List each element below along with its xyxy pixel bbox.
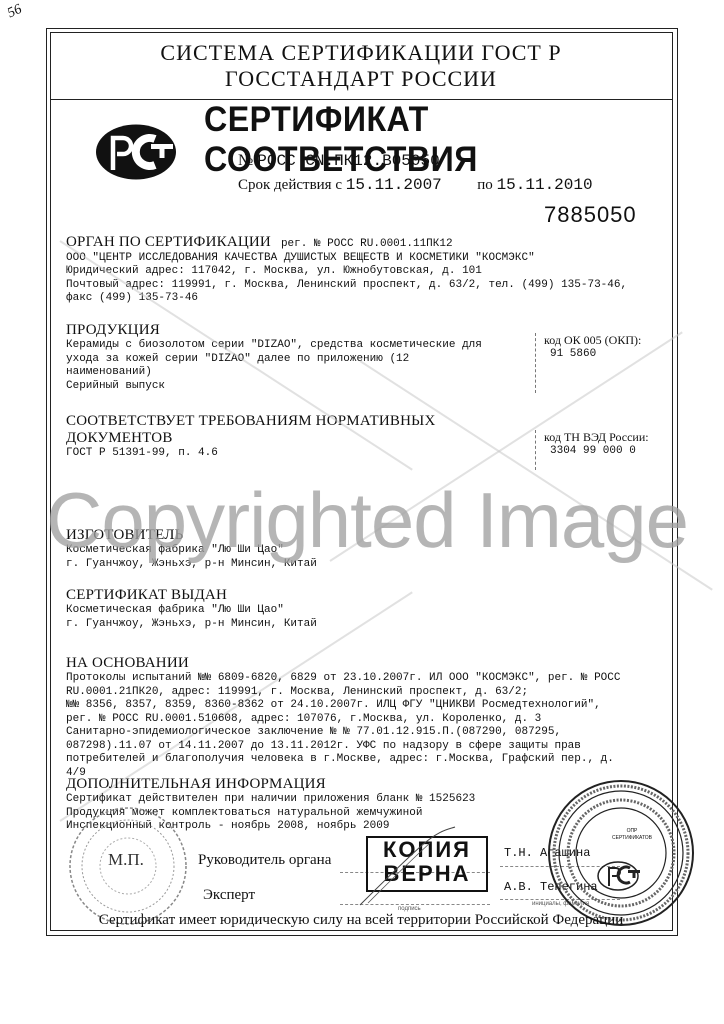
- issued-to-heading: СЕРТИФИКАТ ВЫДАН: [66, 587, 536, 604]
- certification-body-line: ООО "ЦЕНТР ИССЛЕДОВАНИЯ КАЧЕСТВА ДУШИСТЫ…: [66, 252, 671, 266]
- basis-line: Протоколы испытаний №№ 6809-6820, 6829 о…: [66, 672, 671, 686]
- seal-label: М.П.: [108, 850, 144, 870]
- conformity-standard: ГОСТ Р 51391-99, п. 4.6: [66, 447, 536, 461]
- certification-body-heading: ОРГАН ПО СЕРТИФИКАЦИИ: [66, 234, 271, 250]
- basis-line: №№ 8356, 8357, 8359, 8360-8362 от 24.10.…: [66, 699, 671, 713]
- issued-to-section: СЕРТИФИКАТ ВЫДАН Косметическая фабрика "…: [66, 587, 536, 631]
- issued-to-line: Косметическая фабрика "Лю Ши Цао": [66, 604, 536, 618]
- copyright-watermark: Copyrighted Image: [46, 475, 688, 566]
- okp-code-value: 91 5860: [544, 348, 641, 360]
- system-title-line1: СИСТЕМА СЕРТИФИКАЦИИ ГОСТ Р: [50, 40, 672, 66]
- basis-line: Санитарно-эпидемиологическое заключение …: [66, 726, 671, 740]
- product-line: Керамиды с биозолотом серии "DIZAO", сре…: [66, 339, 526, 353]
- certification-body-section: ОРГАН ПО СЕРТИФИКАЦИИ рег. № РОСС RU.000…: [66, 233, 671, 306]
- head-of-body-label: Руководитель органа: [198, 852, 331, 869]
- blank-number: 7885050: [544, 202, 637, 228]
- valid-to-date: 15.11.2010: [497, 176, 593, 194]
- tnved-code-label: код ТН ВЭД России:: [544, 430, 649, 445]
- basis-line: 087298).11.07 от 14.11.2007 до 13.11.201…: [66, 740, 671, 754]
- validity-from-label: с: [335, 177, 342, 193]
- legal-validity-note: Сертификат имеет юридическую силу на все…: [50, 912, 672, 929]
- basis-line: потребителей и благополучия человека в г…: [66, 753, 671, 767]
- basis-heading: НА ОСНОВАНИИ: [66, 655, 671, 672]
- system-title-line2: ГОССТАНДАРТ РОССИИ: [50, 66, 672, 92]
- basis-section: НА ОСНОВАНИИ Протоколы испытаний №№ 6809…: [66, 655, 671, 780]
- certificate-number-value: РОСС CN.ПК12.В05050: [257, 152, 439, 170]
- okp-code-box: код ОК 005 (ОКП): 91 5860: [535, 333, 641, 393]
- round-stamp-center-line1: ОПР: [612, 828, 652, 835]
- certification-body-line: Почтовый адрес: 119991, г. Москва, Ленин…: [66, 279, 671, 293]
- product-line: наименований): [66, 366, 526, 380]
- tnved-code-box: код ТН ВЭД России: 3304 99 000 0: [535, 430, 649, 470]
- valid-from-date: 15.11.2007: [346, 176, 442, 194]
- certification-body-line: Юридический адрес: 117042, г. Москва, ул…: [66, 265, 671, 279]
- round-stamp-center-line2: СЕРТИФИКАТОВ: [612, 835, 652, 842]
- product-line: ухода за кожей серии "DIZAO" далее по пр…: [66, 353, 526, 367]
- number-sign: №: [238, 152, 253, 169]
- round-stamp-center-text: ОПР СЕРТИФИКАТОВ: [612, 828, 652, 842]
- product-line: Серийный выпуск: [66, 380, 526, 394]
- conformity-section: СООТВЕТСТВУЕТ ТРЕБОВАНИЯМ НОРМАТИВНЫХ ДО…: [66, 413, 536, 461]
- certification-round-stamp-icon: [546, 778, 696, 928]
- tnved-code-value: 3304 99 000 0: [544, 445, 649, 457]
- certification-body-reg: рег. № РОСС RU.0001.11ПК12: [281, 238, 453, 250]
- issued-to-line: г. Гуанчжоу, Жэньхэ, р-н Минсин, Китай: [66, 618, 536, 632]
- basis-line: RU.0001.21ПК20, адрес: 119991, г. Москва…: [66, 686, 671, 700]
- page-number: 56: [5, 2, 24, 22]
- okp-code-label: код ОК 005 (ОКП):: [544, 333, 641, 348]
- product-section: ПРОДУКЦИЯ Керамиды с биозолотом серии "D…: [66, 322, 526, 393]
- rst-logo-icon: [95, 124, 177, 180]
- basis-line: рег. № РОСС RU.0001.510608, адрес: 10707…: [66, 713, 671, 727]
- expert-label: Эксперт: [203, 887, 255, 904]
- additional-info-heading: ДОПОЛНИТЕЛЬНАЯ ИНФОРМАЦИЯ: [66, 776, 536, 793]
- product-heading: ПРОДУКЦИЯ: [66, 322, 526, 339]
- certification-system-header: СИСТЕМА СЕРТИФИКАЦИИ ГОСТ Р ГОССТАНДАРТ …: [50, 40, 672, 92]
- signature-scribble-icon: [350, 825, 460, 910]
- validity-label: Срок действия: [238, 177, 332, 193]
- certificate-number: № РОСС CN.ПК12.В05050: [238, 152, 440, 170]
- validity-to-label: по: [477, 177, 493, 193]
- validity-period: Срок действия с 15.11.2007 по 15.11.2010: [238, 176, 593, 194]
- printer-footer: [200, 941, 580, 946]
